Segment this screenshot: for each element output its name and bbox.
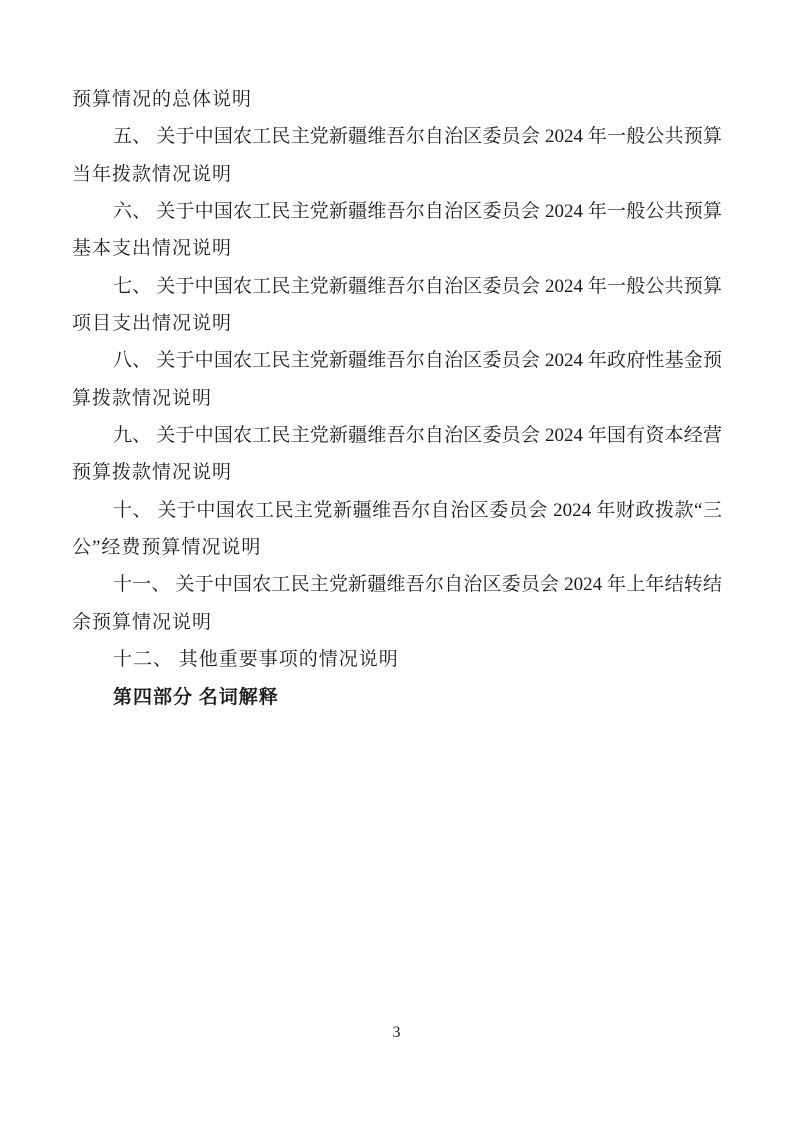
toc-continuation-line: 公”经费预算情况说明 xyxy=(72,529,722,566)
document-body: 预算情况的总体说明 五、 关于中国农工民主党新疆维吾尔自治区委员会 2024 年… xyxy=(72,81,722,716)
toc-item-ten: 十、 关于中国农工民主党新疆维吾尔自治区委员会 2024 年财政拨款“三 xyxy=(72,492,722,529)
toc-continuation-line: 算拨款情况说明 xyxy=(72,380,722,417)
toc-item-six: 六、 关于中国农工民主党新疆维吾尔自治区委员会 2024 年一般公共预算 xyxy=(72,193,722,230)
toc-continuation-line: 项目支出情况说明 xyxy=(72,305,722,342)
toc-item-nine: 九、 关于中国农工民主党新疆维吾尔自治区委员会 2024 年国有资本经营 xyxy=(72,417,722,454)
toc-continuation-line: 预算拨款情况说明 xyxy=(72,454,722,491)
toc-continuation-line: 预算情况的总体说明 xyxy=(72,81,722,118)
toc-continuation-line: 当年拨款情况说明 xyxy=(72,156,722,193)
toc-item-eleven: 十一、 关于中国农工民主党新疆维吾尔自治区委员会 2024 年上年结转结 xyxy=(72,566,722,603)
toc-continuation-line: 基本支出情况说明 xyxy=(72,230,722,267)
document-page: 预算情况的总体说明 五、 关于中国农工民主党新疆维吾尔自治区委员会 2024 年… xyxy=(0,0,793,1122)
page-number: 3 xyxy=(0,1023,793,1043)
toc-item-five: 五、 关于中国农工民主党新疆维吾尔自治区委员会 2024 年一般公共预算 xyxy=(72,118,722,155)
toc-item-twelve: 十二、 其他重要事项的情况说明 xyxy=(72,641,722,678)
toc-continuation-line: 余预算情况说明 xyxy=(72,604,722,641)
toc-item-seven: 七、 关于中国农工民主党新疆维吾尔自治区委员会 2024 年一般公共预算 xyxy=(72,268,722,305)
section-heading-part-four: 第四部分 名词解释 xyxy=(72,679,722,716)
toc-item-eight: 八、 关于中国农工民主党新疆维吾尔自治区委员会 2024 年政府性基金预 xyxy=(72,342,722,379)
